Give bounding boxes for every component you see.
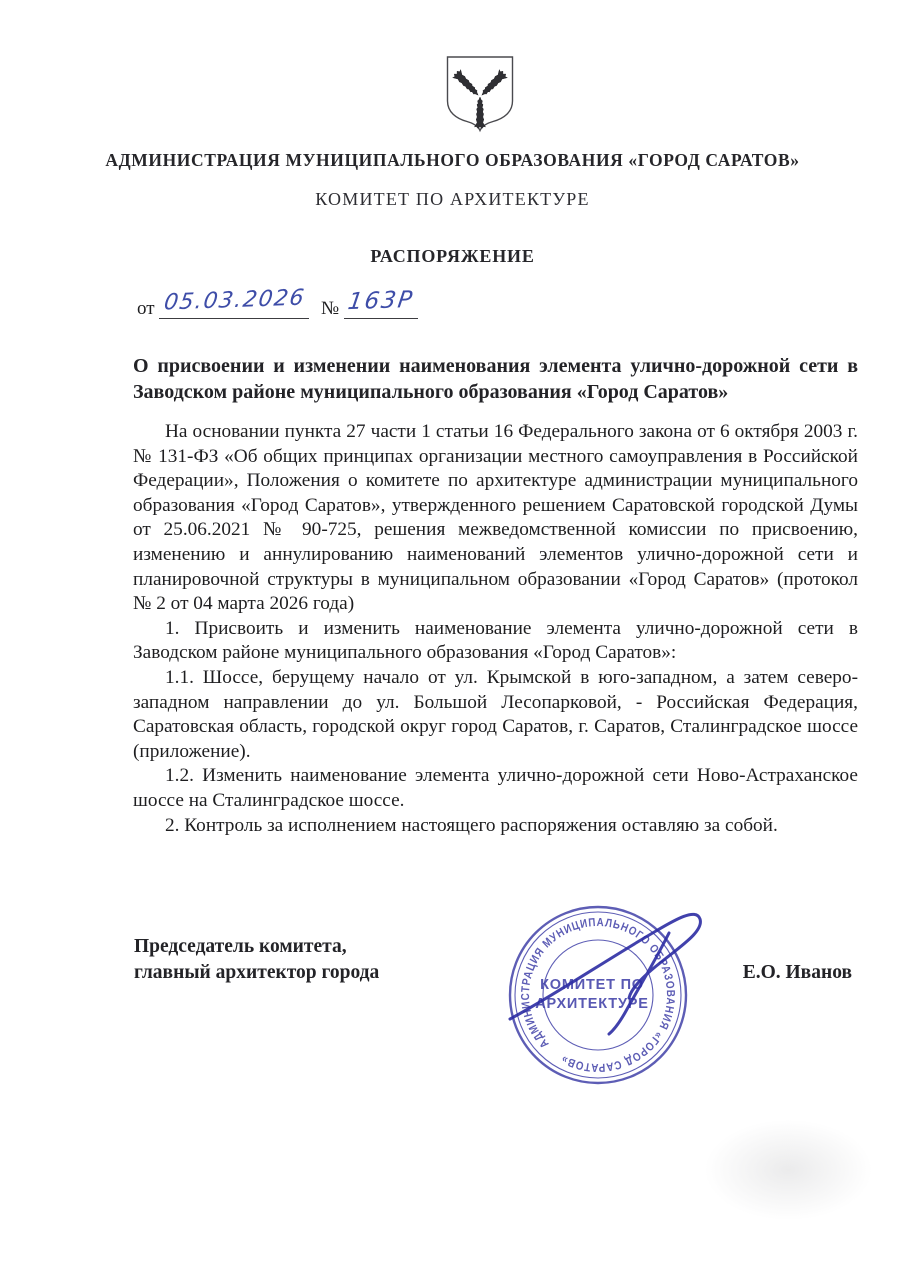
number-field: 163Р [344,284,418,319]
handwritten-number: 163Р [346,283,417,319]
organization-name: АДМИНИСТРАЦИЯ МУНИЦИПАЛЬНОГО ОБРАЗОВАНИЯ… [90,150,815,171]
stamp-center-line1: КОМИТЕТ ПО [540,977,644,993]
date-number-line: от 05.03.2026 № 163Р [133,284,858,324]
date-prefix-label: от [137,298,155,320]
number-sign-label: № [321,298,339,320]
paragraph-item-1-2: 1.2. Изменить наименование элемента улич… [133,764,858,813]
signatory-position: Председатель комитета, главный архитекто… [134,934,474,986]
stamp-outer-ring [510,907,686,1083]
paragraph-item-2: 2. Контроль за исполнением настоящего ра… [133,814,858,839]
document-body: На основании пункта 27 части 1 статьи 16… [133,420,858,838]
department-name: КОМИТЕТ ПО АРХИТЕКТУРЕ [90,189,815,210]
paragraph-preamble: На основании пункта 27 части 1 статьи 16… [133,420,858,617]
signatory-position-line2: главный архитектор города [134,960,474,986]
saratov-coat-of-arms-icon [445,55,515,133]
official-round-stamp: АДМИНИСТРАЦИЯ МУНИЦИПАЛЬНОГО ОБРАЗОВАНИЯ… [488,893,738,1093]
document-type-heading: РАСПОРЯЖЕНИЕ [90,246,815,267]
signatory-position-line1: Председатель комитета, [134,934,474,960]
handwritten-date: 05.03.2026 [161,281,307,320]
paragraph-item-1: 1. Присвоить и изменить наименование эле… [133,617,858,666]
stamp-middle-ring [515,912,681,1078]
paragraph-item-1-1: 1.1. Шоссе, берущему начало от ул. Крымс… [133,666,858,764]
date-field: 05.03.2026 [159,284,309,319]
document-title: О присвоении и изменении наименования эл… [133,354,858,405]
document-page: АДМИНИСТРАЦИЯ МУНИЦИПАЛЬНОГО ОБРАЗОВАНИЯ… [0,0,905,1280]
scan-smudge-artifact [672,1100,905,1240]
